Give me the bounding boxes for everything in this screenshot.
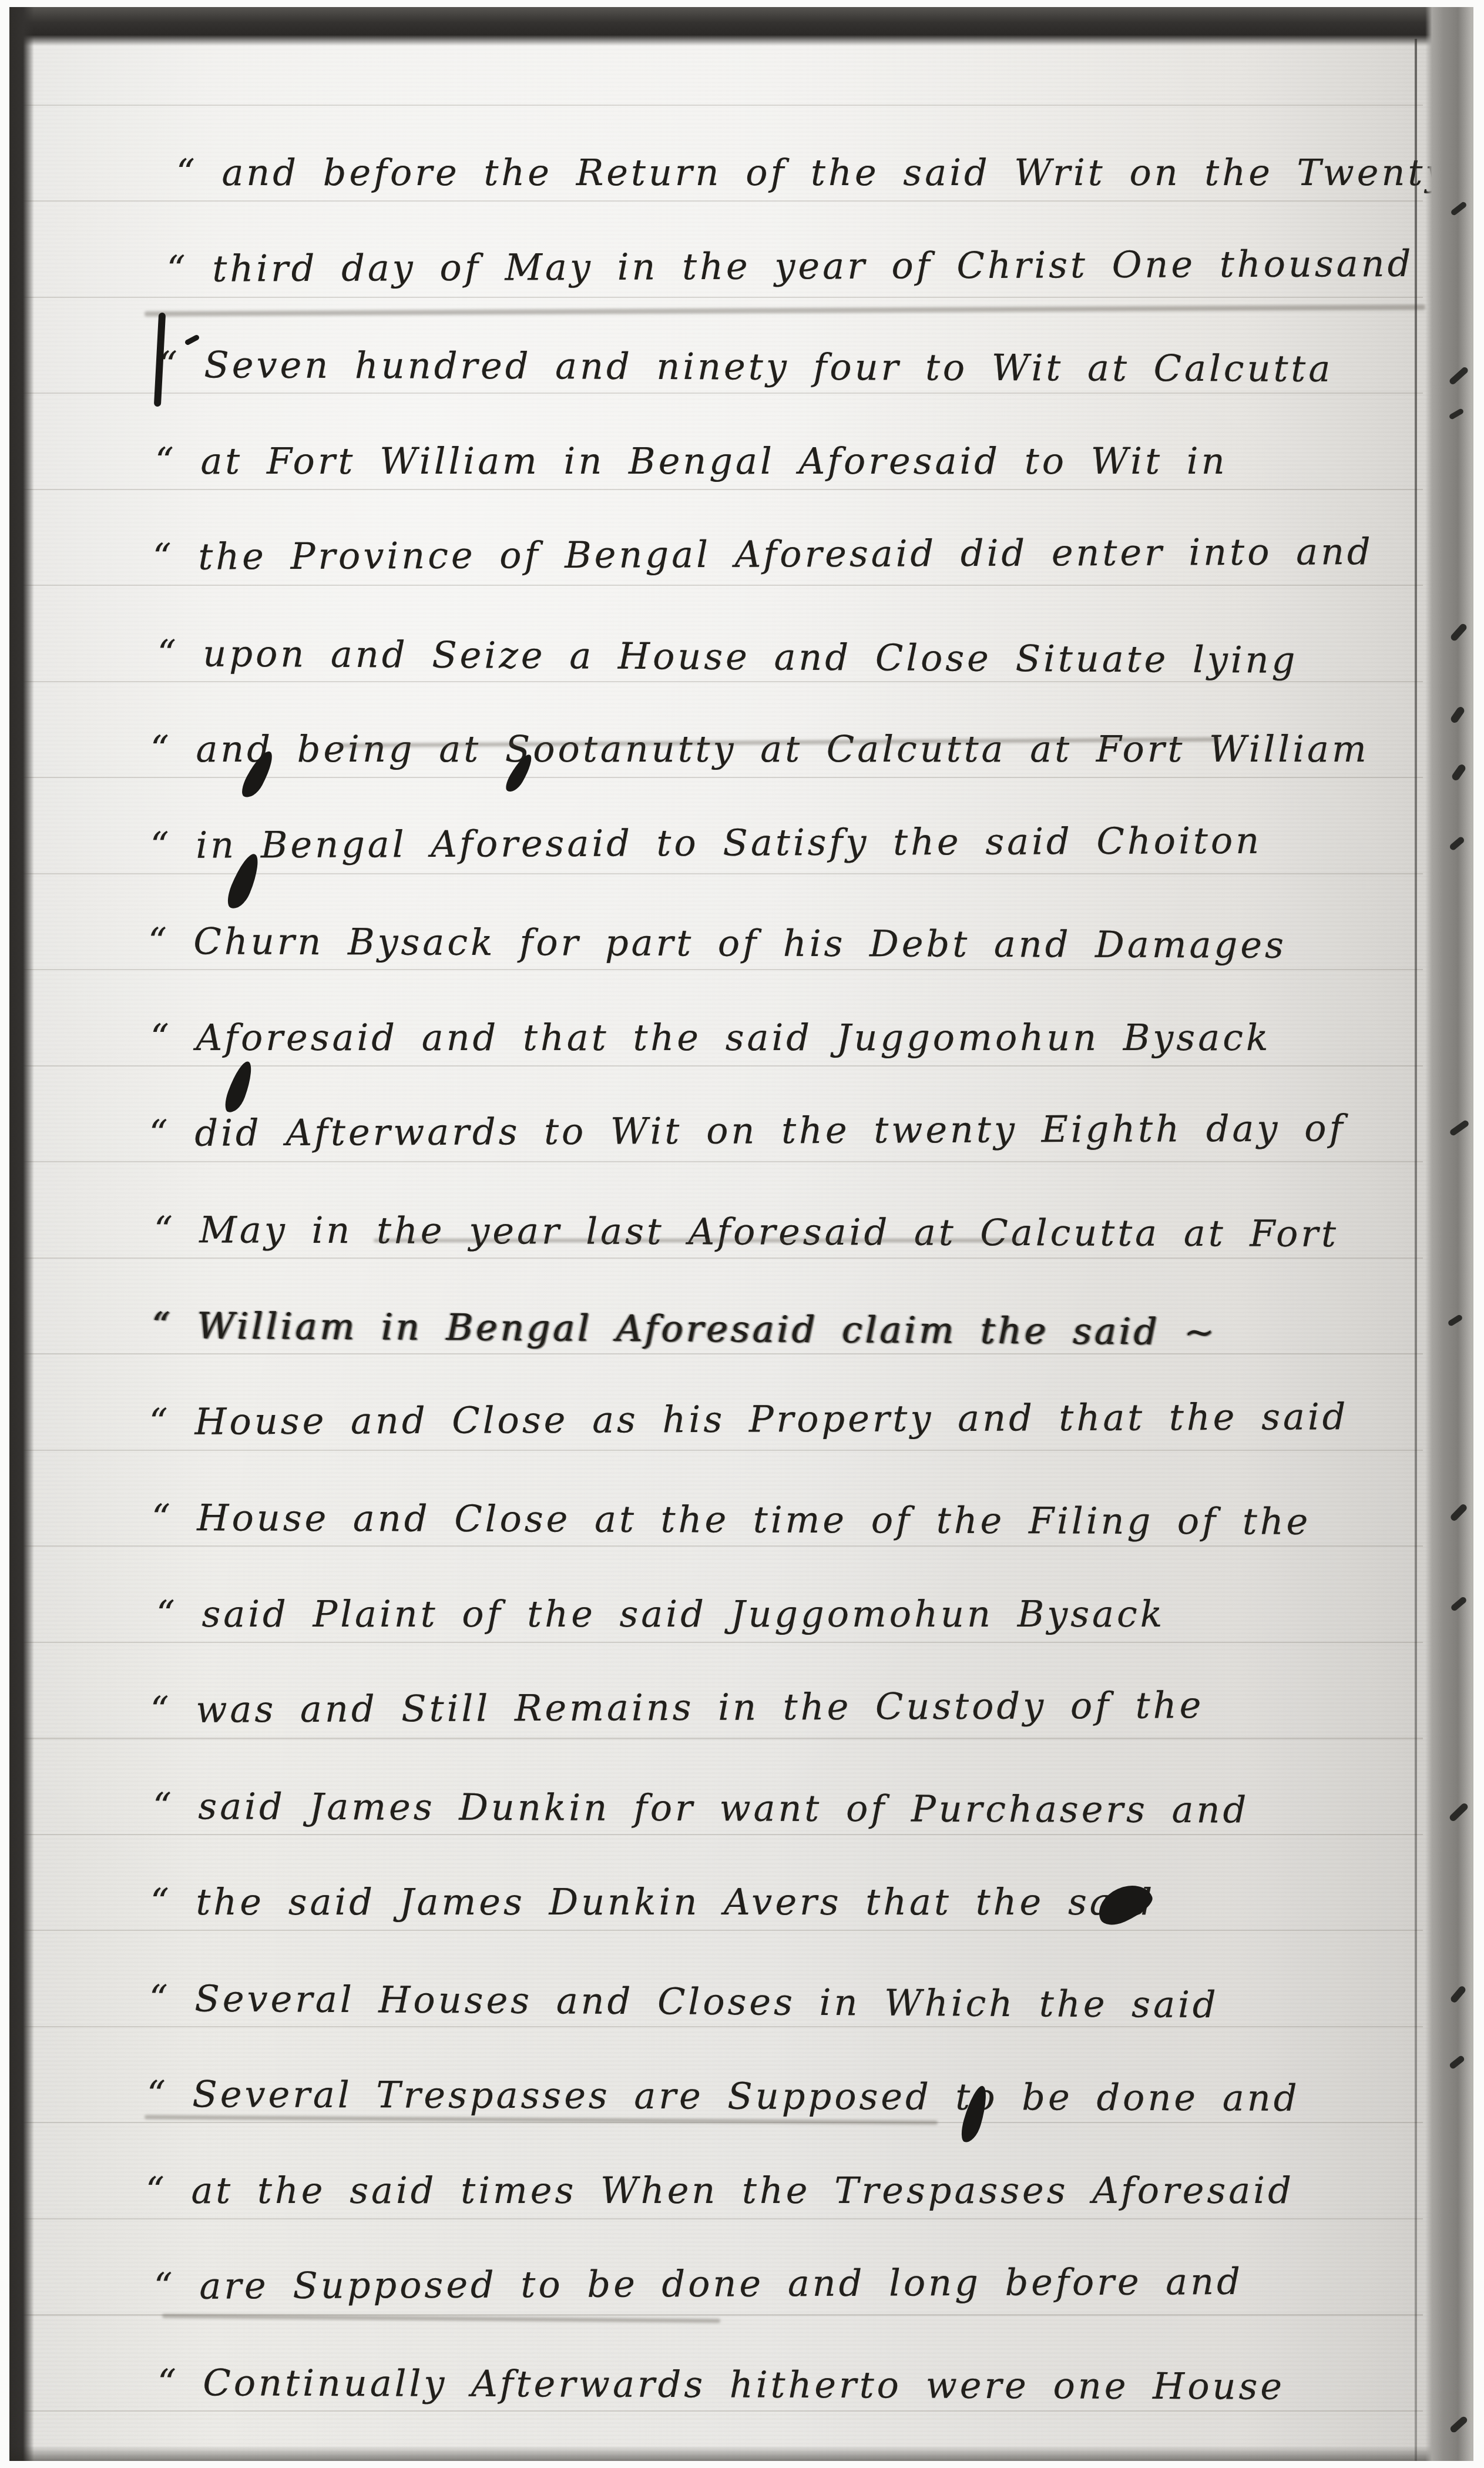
gutter-ink-fragment: [1448, 366, 1469, 386]
gutter-ink-fragment: [1449, 836, 1466, 851]
manuscript-line: “ Aforesaid and that the said Juggomohun…: [150, 1015, 1271, 1060]
ink-smear: [162, 2314, 720, 2323]
ink-blot: [221, 1059, 257, 1116]
manuscript-line: “ said James Dunkin for want of Purchase…: [153, 1784, 1249, 1833]
scan-shadow-top: [9, 7, 1436, 46]
manuscript-line: “ Continually Afterwards hitherto were o…: [157, 2360, 1285, 2409]
gutter-ink-fragment: [1450, 1596, 1468, 1612]
manuscript-line: “ Seven hundred and ninety four to Wit a…: [159, 343, 1334, 391]
manuscript-line: “ was and Still Remains in the Custody o…: [150, 1683, 1204, 1732]
manuscript-line: “ and before the Return of the said Writ…: [176, 150, 1449, 195]
ink-smear: [145, 304, 1425, 316]
page-fold-line: [1415, 39, 1417, 2461]
gutter-ink-fragment: [1449, 1119, 1470, 1137]
manuscript-line: “ Several Trespasses are Supposed to be …: [147, 2072, 1300, 2121]
manuscript-line: “ said Plaint of the said Juggomohun Bys…: [156, 1592, 1165, 1637]
scan-shadow-bottom: [9, 2446, 1436, 2461]
gutter-ink-fragment: [1450, 201, 1468, 216]
manuscript-line: “ in Bengal Aforesaid to Satisfy the sai…: [150, 819, 1262, 868]
gutter-ink-fragment: [1449, 2415, 1468, 2434]
scan-shadow-left: [9, 7, 34, 2461]
gutter-ink-fragment: [1449, 1985, 1467, 2004]
manuscript-line: “ May in the year last Aforesaid at Calc…: [154, 1208, 1339, 1256]
manuscript-line: “ upon and Seize a House and Close Situa…: [157, 631, 1298, 683]
facing-page-gutter: [1425, 7, 1473, 2461]
gutter-ink-fragment: [1448, 408, 1464, 420]
manuscript-line: “ and being at Sootanutty at Calcutta at…: [150, 727, 1369, 772]
gutter-ink-fragment: [1451, 763, 1467, 782]
gutter-ink-fragment: [1449, 1503, 1468, 1523]
manuscript-line: “ did Afterwards to Wit on the twenty Ei…: [149, 1106, 1346, 1156]
manuscript-line: “ House and Close at the time of the Fil…: [152, 1495, 1311, 1544]
manuscript-line: “ the Province of Bengal Aforesaid did e…: [153, 529, 1374, 579]
gutter-ink-fragment: [1449, 622, 1468, 642]
manuscript-page: “ and before the Return of the said Writ…: [9, 7, 1473, 2461]
manuscript-line: “ are Supposed to be done and long befor…: [154, 2259, 1243, 2309]
gutter-ink-fragment: [1449, 2055, 1466, 2070]
gutter-ink-fragment: [1447, 1314, 1463, 1327]
gutter-ink-fragment: [1449, 705, 1466, 724]
manuscript-line: “ at Fort William in Bengal Aforesaid to…: [155, 439, 1228, 484]
gutter-ink-fragment: [1448, 1802, 1469, 1822]
ink-smear: [374, 1239, 1020, 1242]
manuscript-line: “ third day of May in the year of Christ…: [167, 242, 1414, 291]
manuscript-line: “ William in Bengal Aforesaid claim the …: [152, 1303, 1217, 1354]
manuscript-line: “ Several Houses and Closes in Which the…: [149, 1976, 1219, 2027]
manuscript-line: “ at the said times When the Trespasses …: [146, 2168, 1294, 2213]
scanned-manuscript: “ and before the Return of the said Writ…: [0, 0, 1484, 2468]
manuscript-line: “ Churn Bysack for part of his Debt and …: [148, 919, 1287, 968]
manuscript-line: “ the said James Dunkin Avers that the s…: [150, 1880, 1155, 1924]
manuscript-line: “ House and Close as his Property and th…: [149, 1394, 1349, 1444]
